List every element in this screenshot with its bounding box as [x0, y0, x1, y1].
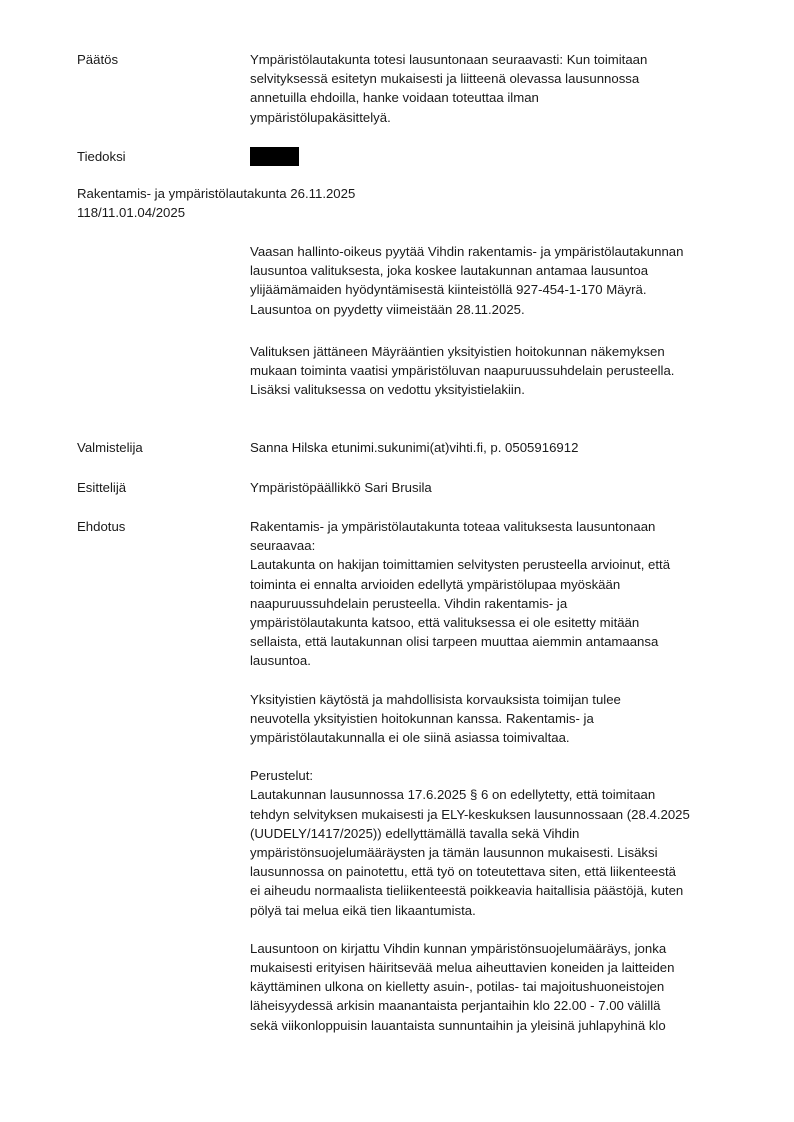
case-number: 118/11.01.04/2025	[77, 203, 355, 222]
proposal-text: Rakentamis- ja ympäristölautakunta totea…	[250, 517, 750, 1035]
proposal-paragraph-1: Rakentamis- ja ympäristölautakunta totea…	[250, 517, 750, 671]
preparer-value: Sanna Hilska etunimi.sukunimi(at)vihti.f…	[250, 438, 750, 457]
meeting-board-date: Rakentamis- ja ympäristölautakunta 26.11…	[77, 184, 355, 203]
document-page: Päätös Ympäristölautakunta totesi lausun…	[0, 0, 794, 1122]
redacted-box	[250, 147, 299, 166]
presenter-label: Esittelijä	[77, 478, 247, 497]
decision-label: Päätös	[77, 50, 247, 69]
meeting-info: Rakentamis- ja ympäristölautakunta 26.11…	[77, 184, 355, 222]
intro-paragraph-1: Vaasan hallinto-oikeus pyytää Vihdin rak…	[250, 242, 750, 319]
proposal-paragraph-4: Lausuntoon on kirjattu Vihdin kunnan ymp…	[250, 939, 750, 1035]
proposal-paragraph-2: Yksityistien käytöstä ja mahdollisista k…	[250, 690, 750, 748]
proposal-paragraph-3: Perustelut: Lautakunnan lausunnossa 17.6…	[250, 766, 750, 920]
intro-paragraph-2: Valituksen jättäneen Mäyrääntien yksityi…	[250, 342, 750, 400]
for-information-label: Tiedoksi	[77, 147, 247, 166]
preparer-label: Valmistelija	[77, 438, 247, 457]
presenter-value: Ympäristöpäällikkö Sari Brusila	[250, 478, 750, 497]
decision-text: Ympäristölautakunta totesi lausuntonaan …	[250, 50, 750, 127]
proposal-label: Ehdotus	[77, 517, 247, 536]
